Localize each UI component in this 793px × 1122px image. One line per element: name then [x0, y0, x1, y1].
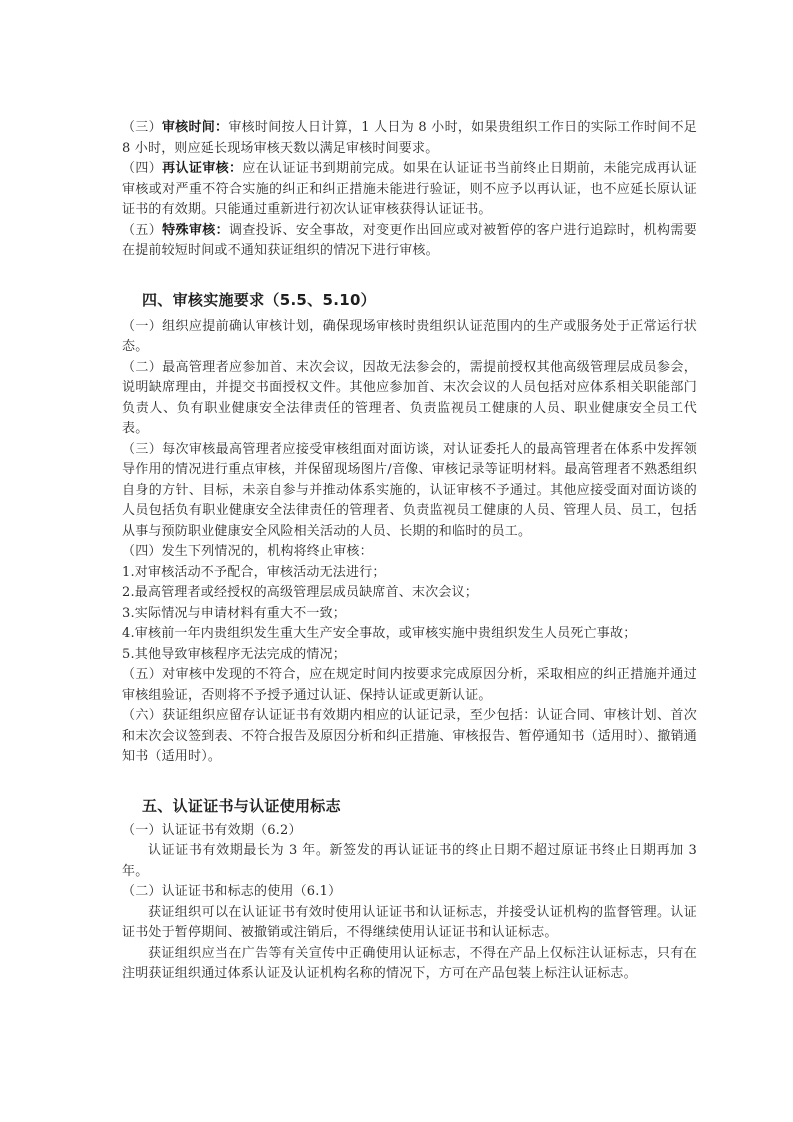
certificate-mark-use-paragraph: 获证组织应当在广告等有关宣传中正确使用认证标志，不得在产品上仅标注认证标志，只有… [122, 944, 697, 985]
special-audit-paragraph: （五）特殊审核：调查投诉、安全事故，对变更作出回应或对被暂停的客户进行追踪时，机… [122, 221, 697, 262]
certificate-validity-paragraph: 认证证书有效期最长为 3 年。新签发的再认证证书的终止日期不超过原证书终止日期再… [122, 841, 697, 882]
termination-list-item: 5.其他导致审核程序无法完成的情况； [122, 645, 697, 666]
section-4-paragraph: （四）发生下列情况的，机构将终止审核： [122, 542, 697, 563]
termination-list-item: 2.最高管理者或经授权的高级管理层成员缺席首、末次会议； [122, 583, 697, 604]
section-4-paragraph: （六）获证组织应留存认证证书有效期内相应的认证记录，至少包括：认证合同、审核计划… [122, 706, 697, 768]
section-4-heading: 四、审核实施要求（5.5、5.10） [122, 289, 697, 310]
document-page: （三）审核时间：审核时间按人日计算，1 人日为 8 小时，如果贵组织工作日的实际… [122, 118, 697, 985]
audit-time-paragraph: （三）审核时间：审核时间按人日计算，1 人日为 8 小时，如果贵组织工作日的实际… [122, 118, 697, 159]
section-4-paragraph: （三）每次审核最高管理者应接受审核组面对面访谈，对认证委托人的最高管理者在体系中… [122, 440, 697, 543]
section-5-heading: 五、认证证书与认证使用标志 [122, 795, 697, 816]
section-4-paragraph: （五）对审核中发现的不符合，应在规定时间内按要求完成原因分析，采取相应的纠正措施… [122, 665, 697, 706]
termination-list-item: 1.对审核活动不予配合，审核活动无法进行； [122, 563, 697, 584]
termination-list-item: 4.审核前一年内贵组织发生重大生产安全事故，或审核实施中贵组织发生人员死亡事故； [122, 624, 697, 645]
section-4-paragraph: （一）组织应提前确认审核计划，确保现场审核时贵组织认证范围内的生产或服务处于正常… [122, 317, 697, 358]
certificate-mark-use-subheading: （二）认证证书和标志的使用（6.1） [122, 882, 697, 903]
termination-list-item: 3.实际情况与申请材料有重大不一致； [122, 604, 697, 625]
recertification-audit-paragraph: （四）再认证审核：应在认证证书到期前完成。如果在认证证书当前终止日期前，未能完成… [122, 159, 697, 221]
certificate-validity-subheading: （一）认证证书有效期（6.2） [122, 821, 697, 842]
section-4-paragraph: （二）最高管理者应参加首、末次会议，因故无法参会的，需提前授权其他高级管理层成员… [122, 358, 697, 440]
certificate-mark-use-paragraph: 获证组织可以在认证证书有效时使用认证证书和认证标志，并接受认证机构的监督管理。认… [122, 903, 697, 944]
